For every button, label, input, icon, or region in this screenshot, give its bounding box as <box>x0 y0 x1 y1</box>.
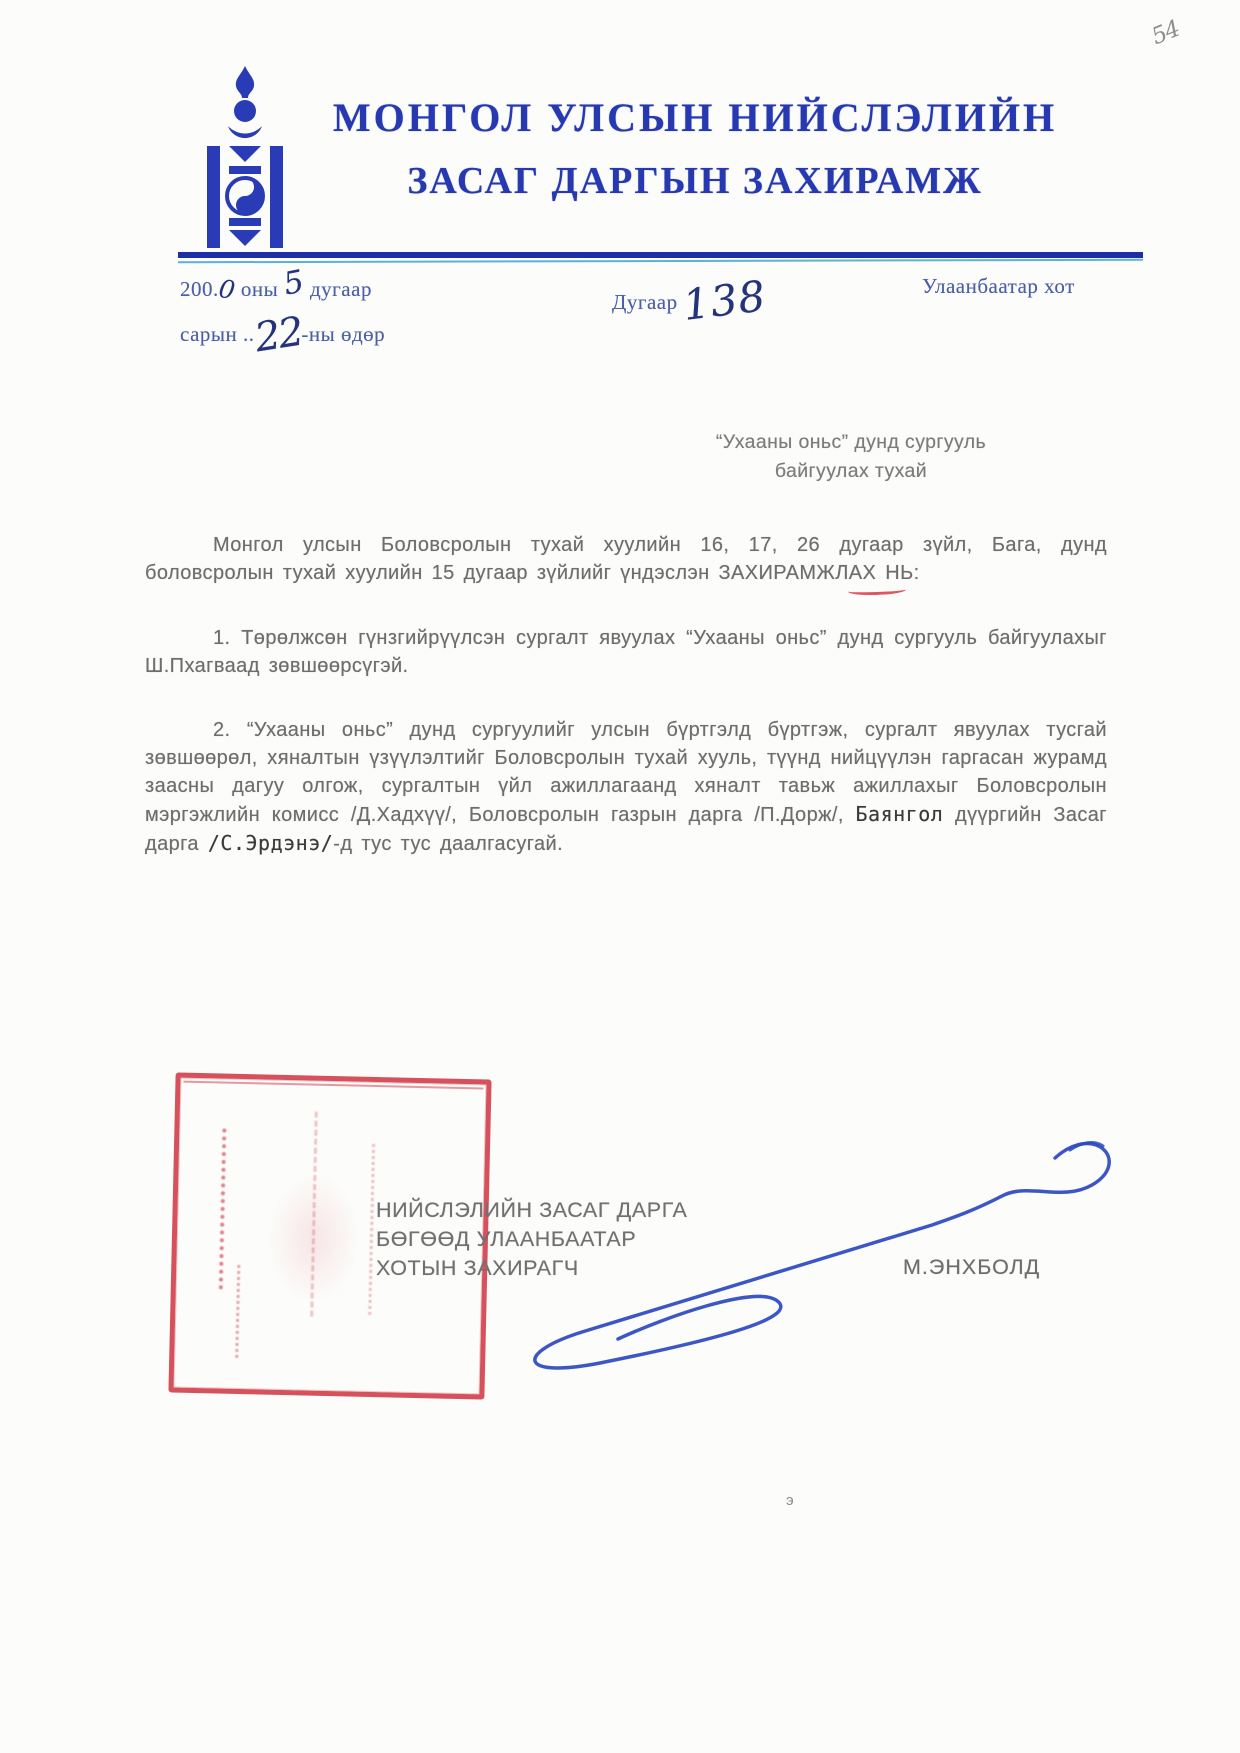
date-line1: 200.0 оны 5 дугаар <box>180 270 500 308</box>
subject-line2: байгуулах тухай <box>636 457 1066 486</box>
item2-typed-name: /С.Эрдэнэ/ <box>208 831 333 855</box>
handwritten-day-digits: 22 <box>252 312 305 359</box>
stamp-vertical-script <box>368 1144 375 1315</box>
date-print-200: 200. <box>180 277 219 301</box>
city-label: Улаанбаатар хот <box>922 274 1075 299</box>
decree-item-2: 2. “Ухааны оньс” дунд сургуулийг улсын б… <box>145 716 1107 858</box>
date-print-dugaar: дугаар <box>304 277 372 301</box>
handwritten-year-digit: 0 <box>217 276 237 303</box>
number-label: Дугаар <box>612 290 678 314</box>
stamp-vertical-script <box>219 1128 227 1289</box>
handwritten-signature <box>470 1120 1130 1375</box>
item2-typed-district: Баянгол <box>856 802 944 826</box>
header-rule-accent <box>178 259 1143 264</box>
preamble-paragraph: Монгол улсын Боловсролын тухай хуулийн 1… <box>145 531 1107 587</box>
soyombo-emblem-icon <box>205 66 285 248</box>
letterhead-title-line2: ЗАСАГ ДАРГЫН ЗАХИРАМЖ <box>300 156 1090 206</box>
stamp-emblem-ghost <box>267 1173 360 1305</box>
handwritten-document-number: 138 <box>681 275 769 327</box>
letterhead-title: МОНГОЛ УЛСЫН НИЙСЛЭЛИЙН ЗАСАГ ДАРГЫН ЗАХ… <box>300 92 1090 206</box>
subject-line1: “Ухааны оньс” дунд сургууль <box>636 428 1066 457</box>
subject-block: “Ухааны оньс” дунд сургууль байгуулах ту… <box>636 428 1066 486</box>
scanned-decree-page: 54 МОНГОЛ УЛСЫН НИЙСЛЭЛИЙН ЗАСАГ Д <box>0 0 1240 1753</box>
date-print-oni: оны <box>235 277 284 301</box>
stamp-vertical-script <box>235 1265 240 1358</box>
handwritten-page-number: 54 <box>1148 16 1183 50</box>
header-rule <box>178 252 1143 258</box>
item2-text: -д тус тус даалгасугай. <box>333 833 563 855</box>
date-block: 200.0 оны 5 дугаар сарын ..22-ны өдөр <box>180 270 500 353</box>
date-print-saryn: сарын .. <box>180 322 255 346</box>
letterhead-title-line1: МОНГОЛ УЛСЫН НИЙСЛЭЛИЙН <box>300 92 1090 144</box>
date-line2: сарын ..22-ны өдөр <box>180 308 500 353</box>
scan-artifact-mark: э <box>786 1492 794 1509</box>
decree-item-1: 1. Төрөлжсөн гүнзгийрүүлсэн сургалт явуу… <box>145 624 1107 680</box>
document-number-block: Дугаар 138 <box>612 274 767 316</box>
date-print-ny-odor: -ны өдөр <box>301 322 385 346</box>
handwritten-month-digit: 5 <box>281 266 307 300</box>
